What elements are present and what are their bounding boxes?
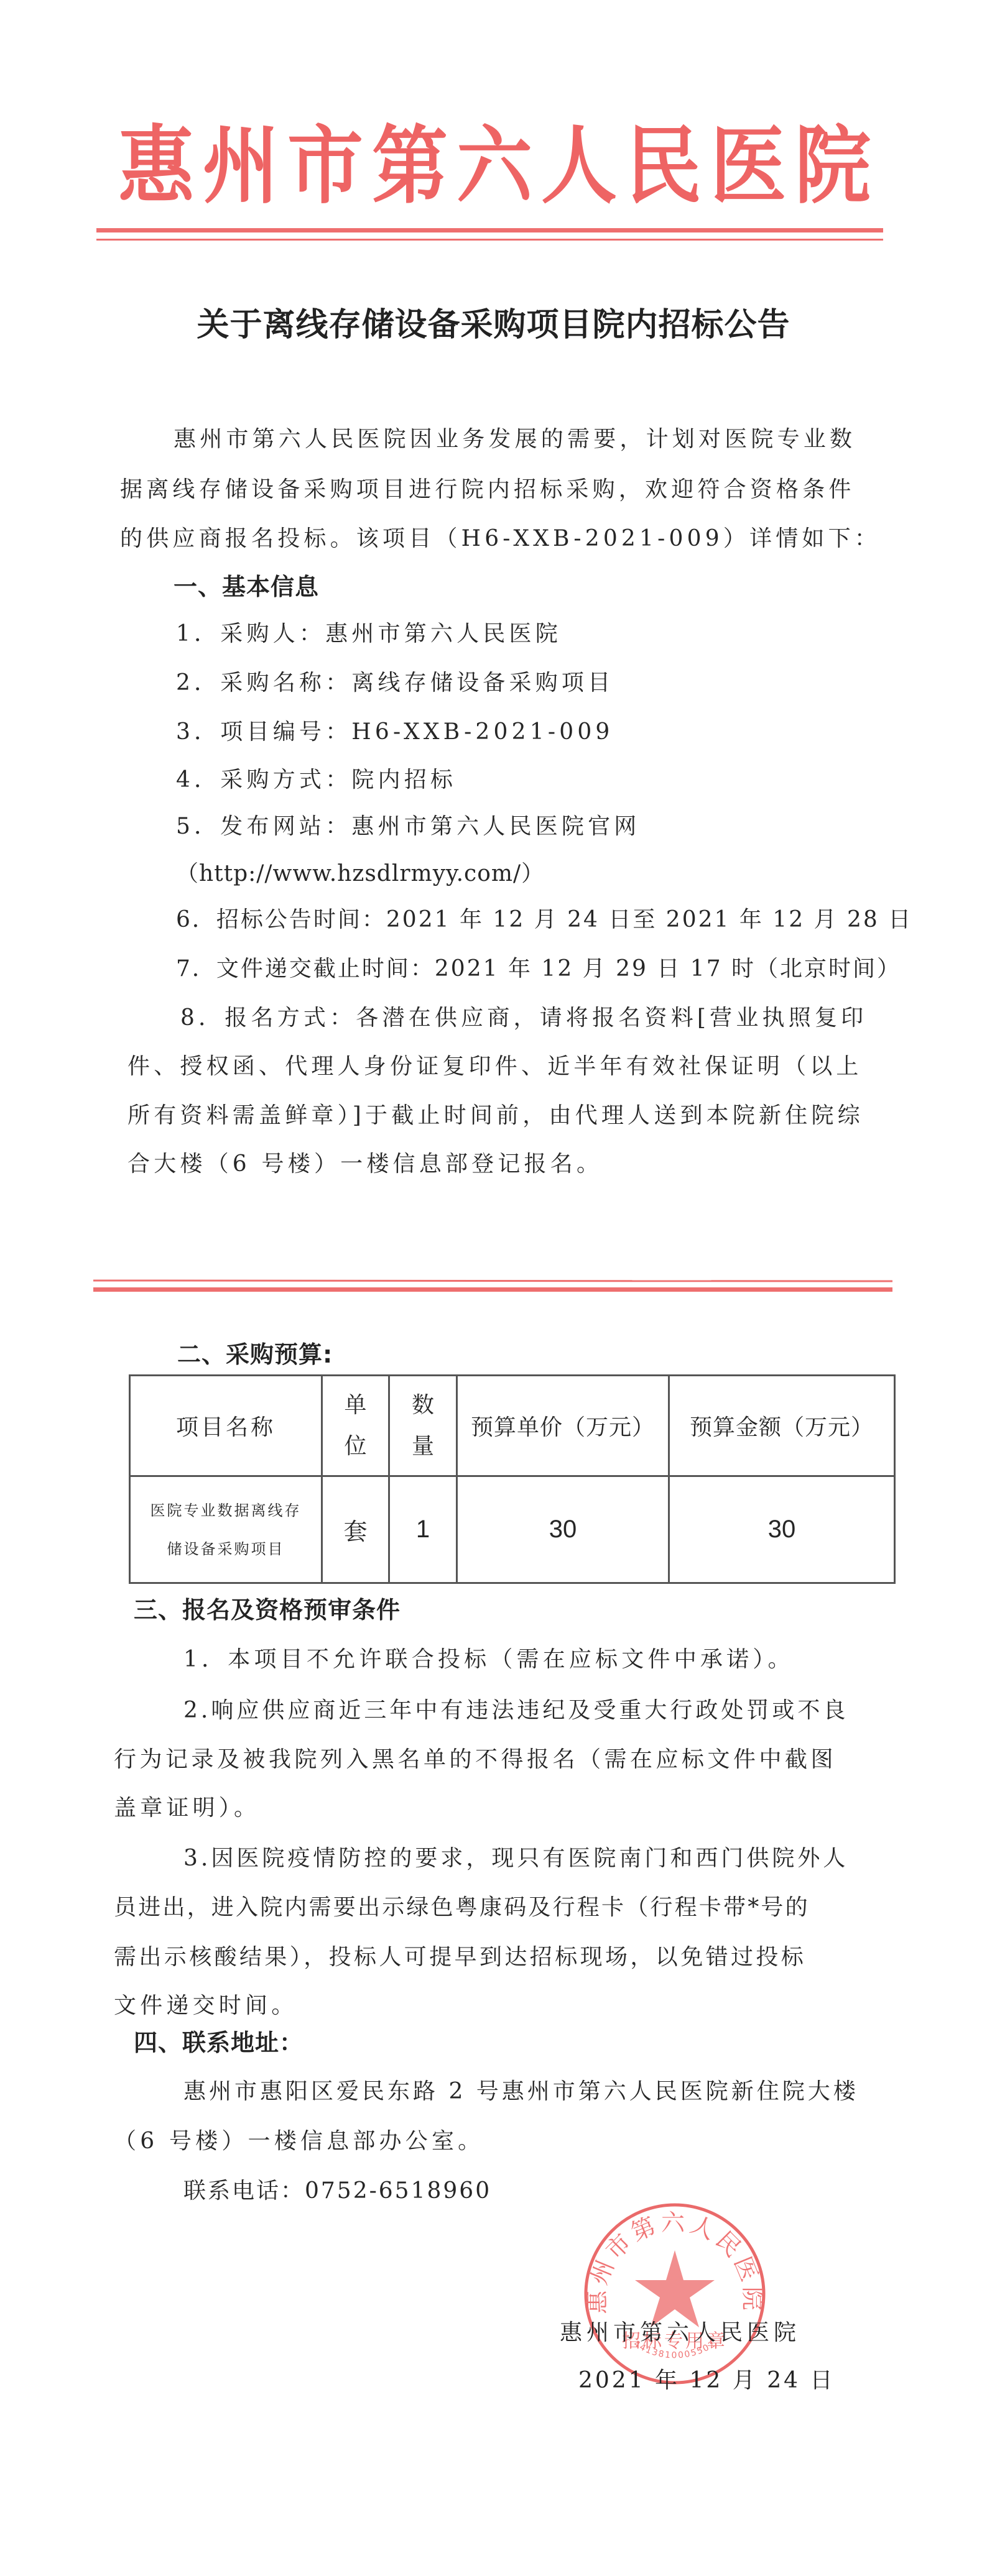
basic-info-item: 7．文件递交截止时间：2021 年 12 月 29 日 17 时（北京时间） [176, 958, 901, 980]
intro-line: 据离线存储设备采购项目进行院内招标采购，欢迎符合资格条件 [120, 479, 855, 501]
letterhead-char: 人 [541, 123, 617, 208]
basic-info-item: 1．采购人：惠州市第六人民医院 [176, 623, 562, 645]
qualification-line: 盖章证明）。 [114, 1797, 260, 1819]
registration-line: 8．报名方式：各潜在供应商，请将报名资料[营业执照复印 [180, 1007, 867, 1029]
registration-line: 件、授权函、代理人身份证复印件、近半年有效社保证明（以上 [127, 1056, 863, 1078]
contact-address-line: 惠州市惠阳区爱民东路 2 号惠州市第六人民医院新住院大楼 [183, 2081, 859, 2103]
letterhead-divider-thick [96, 228, 883, 232]
table-header-row: 项目名称 单 位 数 量 预算单价（万元） 预算金额（万元） [130, 1376, 895, 1476]
page-divider-thick [93, 1287, 892, 1292]
letterhead-char: 惠 [118, 123, 194, 208]
qualification-line: 员进出，进入院内需要出示绿色粤康码及行程卡（行程卡带*号的 [114, 1897, 810, 1919]
header-quantity: 数 量 [389, 1376, 457, 1476]
qualification-line: 行为记录及被我院列入黑名单的不得报名（需在应标文件中截图 [114, 1749, 836, 1771]
page-divider-thin [93, 1279, 892, 1282]
cell-unit-price: 30 [457, 1476, 669, 1583]
website-link[interactable]: （http://www.hzsdlrmyy.com/） [176, 863, 544, 885]
header-total: 预算金额（万元） [669, 1376, 895, 1476]
basic-info-item: 6．招标公告时间：2021 年 12 月 24 日至 2021 年 12 月 2… [176, 909, 912, 931]
basic-info-item: 3．项目编号：H6-XXB-2021-009 [176, 721, 614, 743]
document-title: 关于离线存储设备采购项目院内招标公告 [0, 298, 987, 345]
signature-date: 2021 年 12 月 24 日 [578, 2370, 835, 2392]
section-heading-contact: 四、联系地址： [134, 2031, 304, 2054]
cell-item-name: 医院专业数据离线存 储设备采购项目 [130, 1476, 322, 1583]
qualification-line: 需出示核酸结果），投标人可提早到达招标现场，以免错过投标 [114, 1946, 806, 1969]
letterhead-divider-thin [96, 239, 883, 241]
registration-line: 合大楼（6 号楼）一楼信息部登记报名。 [127, 1153, 603, 1175]
intro-line: 的供应商报名投标。该项目（H6-XXB-2021-009）详情如下： [120, 528, 881, 550]
budget-table: 项目名称 单 位 数 量 预算单价（万元） 预算金额（万元） 医院专业数据离线存… [129, 1374, 896, 1584]
signature-organization: 惠州市第六人民医院 [560, 2322, 800, 2344]
section-heading-basic-info: 一、基本信息 [174, 575, 319, 599]
letterhead-char: 市 [287, 123, 363, 208]
letterhead-char: 六 [456, 123, 532, 208]
header-item-name: 项目名称 [130, 1376, 322, 1476]
letterhead-char: 院 [795, 123, 871, 208]
qualification-line: 文件递交时间。 [114, 1995, 297, 2017]
contact-phone: 联系电话：0752-6518960 [183, 2180, 491, 2202]
intro-line: 惠州市第六人民医院因业务发展的需要，计划对医院专业数 [174, 428, 856, 451]
cell-unit: 套 [322, 1476, 389, 1583]
star-icon [635, 2250, 715, 2327]
qualification-line: 1．本项目不允许联合投标（需在应标文件中承诺）。 [134, 1649, 794, 1671]
section-heading-budget: 二、采购预算: [177, 1343, 333, 1366]
cell-total: 30 [669, 1476, 895, 1583]
letterhead-char: 医 [710, 123, 786, 208]
letterhead-char: 州 [203, 123, 279, 208]
cell-quantity: 1 [389, 1476, 457, 1583]
header-unit-price: 预算单价（万元） [457, 1376, 669, 1476]
official-seal: 惠州市第六人民医院 招标专用章 4413810005502 [582, 2201, 768, 2387]
qualification-line: 3.因医院疫情防控的要求，现只有医院南门和西门供院外人 [183, 1847, 848, 1870]
letterhead-char: 第 [372, 123, 448, 208]
header-unit: 单 位 [322, 1376, 389, 1476]
contact-address-line: （6 号楼）一楼信息部办公室。 [114, 2130, 484, 2153]
letterhead-organization: 惠 州 市 第 六 人 民 医 院 [93, 122, 896, 209]
basic-info-item: 4．采购方式：院内招标 [176, 769, 456, 791]
basic-info-item: 5．发布网站：惠州市第六人民医院官网 [176, 816, 641, 838]
qualification-line: 2.响应供应商近三年中有违法违纪及受重大行政处罚或不良 [183, 1700, 848, 1722]
letterhead-char: 民 [626, 123, 702, 208]
registration-line: 所有资料需盖鲜章）]于截止时间前，由代理人送到本院新住院综 [127, 1105, 864, 1127]
basic-info-item: 2．采购名称：离线存储设备采购项目 [176, 672, 614, 694]
table-row: 医院专业数据离线存 储设备采购项目 套 1 30 30 [130, 1476, 895, 1583]
section-heading-qualification: 三、报名及资格预审条件 [134, 1598, 401, 1622]
